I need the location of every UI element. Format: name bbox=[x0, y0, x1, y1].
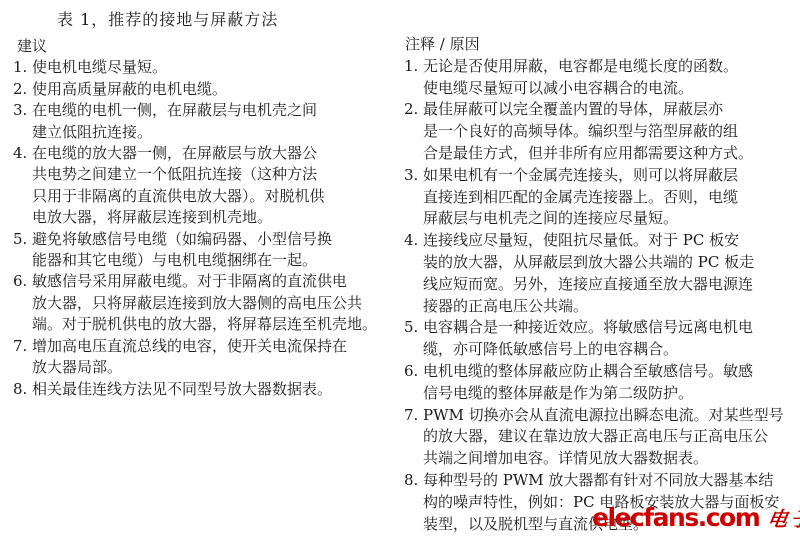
item-text: 在电缆的放大器一侧，在屏蔽层与放大器公 共电势之间建立一个低阻抗连接（这种方法 … bbox=[32, 143, 398, 229]
item-number: 5. bbox=[13, 229, 32, 250]
watermark: elecfans.com 电子发烧友 bbox=[592, 503, 800, 532]
list-item: 5. 电容耦合是一种接近效应。将敏感信号远离电机电 缆，亦可降低敏感信号上的电容… bbox=[404, 317, 798, 361]
notes-reasons-column: 注释 / 原因 1. 无论是否使用屏蔽，电容都是电缆长度的函数。 使电缆尽量短可… bbox=[404, 34, 798, 535]
item-number: 4. bbox=[13, 143, 32, 164]
list-item: 4. 连接线应尽量短，使阻抗尽量低。对于 PC 板安 装的放大器，从屏蔽层到放大… bbox=[404, 230, 798, 317]
item-text: 使电机电缆尽量短。 bbox=[32, 57, 398, 78]
item-text: 无论是否使用屏蔽，电容都是电缆长度的函数。 使电缆尽量短可以减小电容耦合的电流。 bbox=[423, 56, 798, 100]
document-page: 表 1，推荐的接地与屏蔽方法 建议 1. 使电机电缆尽量短。 2. 使用高质量屏… bbox=[0, 0, 800, 539]
elecfans-slogan: 电子发烧友 bbox=[766, 503, 800, 532]
list-item: 3. 如果电机有一个金属壳连接头，则可以将屏蔽层 直接连到相匹配的金属壳连接器上… bbox=[404, 165, 798, 230]
list-item: 8. 相关最佳连线方法见不同型号放大器数据表。 bbox=[13, 379, 398, 400]
recommendations-list: 1. 使电机电缆尽量短。 2. 使用高质量屏蔽的电机电缆。 3. 在电缆的电机一… bbox=[13, 57, 398, 400]
list-item: 5. 避免将敏感信号电缆（如编码器、小型信号换 能器和其它电缆）与电机电缆捆绑在… bbox=[13, 229, 398, 272]
list-item: 6. 敏感信号采用屏蔽电缆。对于非隔离的直流供电 放大器，只将屏蔽层连接到放大器… bbox=[13, 271, 398, 335]
item-number: 7. bbox=[13, 336, 32, 357]
list-item: 7. PWM 切换亦会从直流电源拉出瞬态电流。对某些型号 的放大器，建议在靠边放… bbox=[404, 405, 798, 470]
elecfans-logo: elecfans.com bbox=[592, 503, 759, 532]
item-text: 使用高质量屏蔽的电机电缆。 bbox=[32, 79, 398, 100]
list-item: 2. 使用高质量屏蔽的电机电缆。 bbox=[13, 79, 398, 100]
table-title: 表 1，推荐的接地与屏蔽方法 bbox=[57, 7, 278, 30]
item-text: 增加高电压直流总线的电容，使开关电流保持在 放大器局部。 bbox=[32, 336, 398, 379]
item-number: 5. bbox=[404, 317, 423, 339]
list-item: 3. 在电缆的电机一侧，在屏蔽层与电机壳之间 建立低阻抗连接。 bbox=[13, 100, 398, 143]
item-number: 8. bbox=[404, 470, 423, 492]
item-text: 最佳屏蔽可以完全覆盖内置的导体，屏蔽层亦 是一个良好的高频导体。编织型与箔型屏蔽… bbox=[423, 99, 798, 164]
item-number: 3. bbox=[404, 165, 423, 187]
list-item: 1. 使电机电缆尽量短。 bbox=[13, 57, 398, 78]
item-text: 如果电机有一个金属壳连接头，则可以将屏蔽层 直接连到相匹配的金属壳连接器上。否则… bbox=[423, 165, 798, 230]
list-item: 2. 最佳屏蔽可以完全覆盖内置的导体，屏蔽层亦 是一个良好的高频导体。编织型与箔… bbox=[404, 99, 798, 164]
item-number: 8. bbox=[13, 379, 32, 400]
item-number: 2. bbox=[13, 79, 32, 100]
item-text: 在电缆的电机一侧，在屏蔽层与电机壳之间 建立低阻抗连接。 bbox=[32, 100, 398, 143]
list-item: 4. 在电缆的放大器一侧，在屏蔽层与放大器公 共电势之间建立一个低阻抗连接（这种… bbox=[13, 143, 398, 229]
list-item: 1. 无论是否使用屏蔽，电容都是电缆长度的函数。 使电缆尽量短可以减小电容耦合的… bbox=[404, 56, 798, 100]
notes-reasons-header: 注释 / 原因 bbox=[405, 34, 798, 56]
item-number: 6. bbox=[404, 361, 423, 383]
list-item: 7. 增加高电压直流总线的电容，使开关电流保持在 放大器局部。 bbox=[13, 336, 398, 379]
item-text: 电容耦合是一种接近效应。将敏感信号远离电机电 缆，亦可降低敏感信号上的电容耦合。 bbox=[423, 317, 798, 361]
item-text: 电机电缆的整体屏蔽应防止耦合至敏感信号。敏感 信号电缆的整体屏蔽是作为第二级防护… bbox=[423, 361, 798, 405]
item-number: 6. bbox=[13, 271, 32, 292]
item-number: 1. bbox=[13, 57, 32, 78]
item-text: PWM 切换亦会从直流电源拉出瞬态电流。对某些型号 的放大器，建议在靠边放大器正… bbox=[423, 405, 798, 470]
item-number: 1. bbox=[404, 56, 423, 78]
item-number: 3. bbox=[13, 100, 32, 121]
recommendations-header: 建议 bbox=[17, 36, 398, 57]
item-text: 连接线应尽量短，使阻抗尽量低。对于 PC 板安 装的放大器，从屏蔽层到放大器公共… bbox=[423, 230, 798, 317]
notes-reasons-list: 1. 无论是否使用屏蔽，电容都是电缆长度的函数。 使电缆尽量短可以减小电容耦合的… bbox=[404, 56, 798, 536]
item-number: 7. bbox=[404, 405, 423, 427]
item-number: 2. bbox=[404, 99, 423, 121]
item-text: 相关最佳连线方法见不同型号放大器数据表。 bbox=[32, 379, 398, 400]
item-text: 避免将敏感信号电缆（如编码器、小型信号换 能器和其它电缆）与电机电缆捆绑在一起。 bbox=[32, 229, 398, 272]
recommendations-column: 建议 1. 使电机电缆尽量短。 2. 使用高质量屏蔽的电机电缆。 3. 在电缆的… bbox=[13, 36, 398, 400]
item-number: 4. bbox=[404, 230, 423, 252]
item-text: 敏感信号采用屏蔽电缆。对于非隔离的直流供电 放大器，只将屏蔽层连接到放大器侧的高… bbox=[32, 271, 398, 335]
list-item: 6. 电机电缆的整体屏蔽应防止耦合至敏感信号。敏感 信号电缆的整体屏蔽是作为第二… bbox=[404, 361, 798, 405]
